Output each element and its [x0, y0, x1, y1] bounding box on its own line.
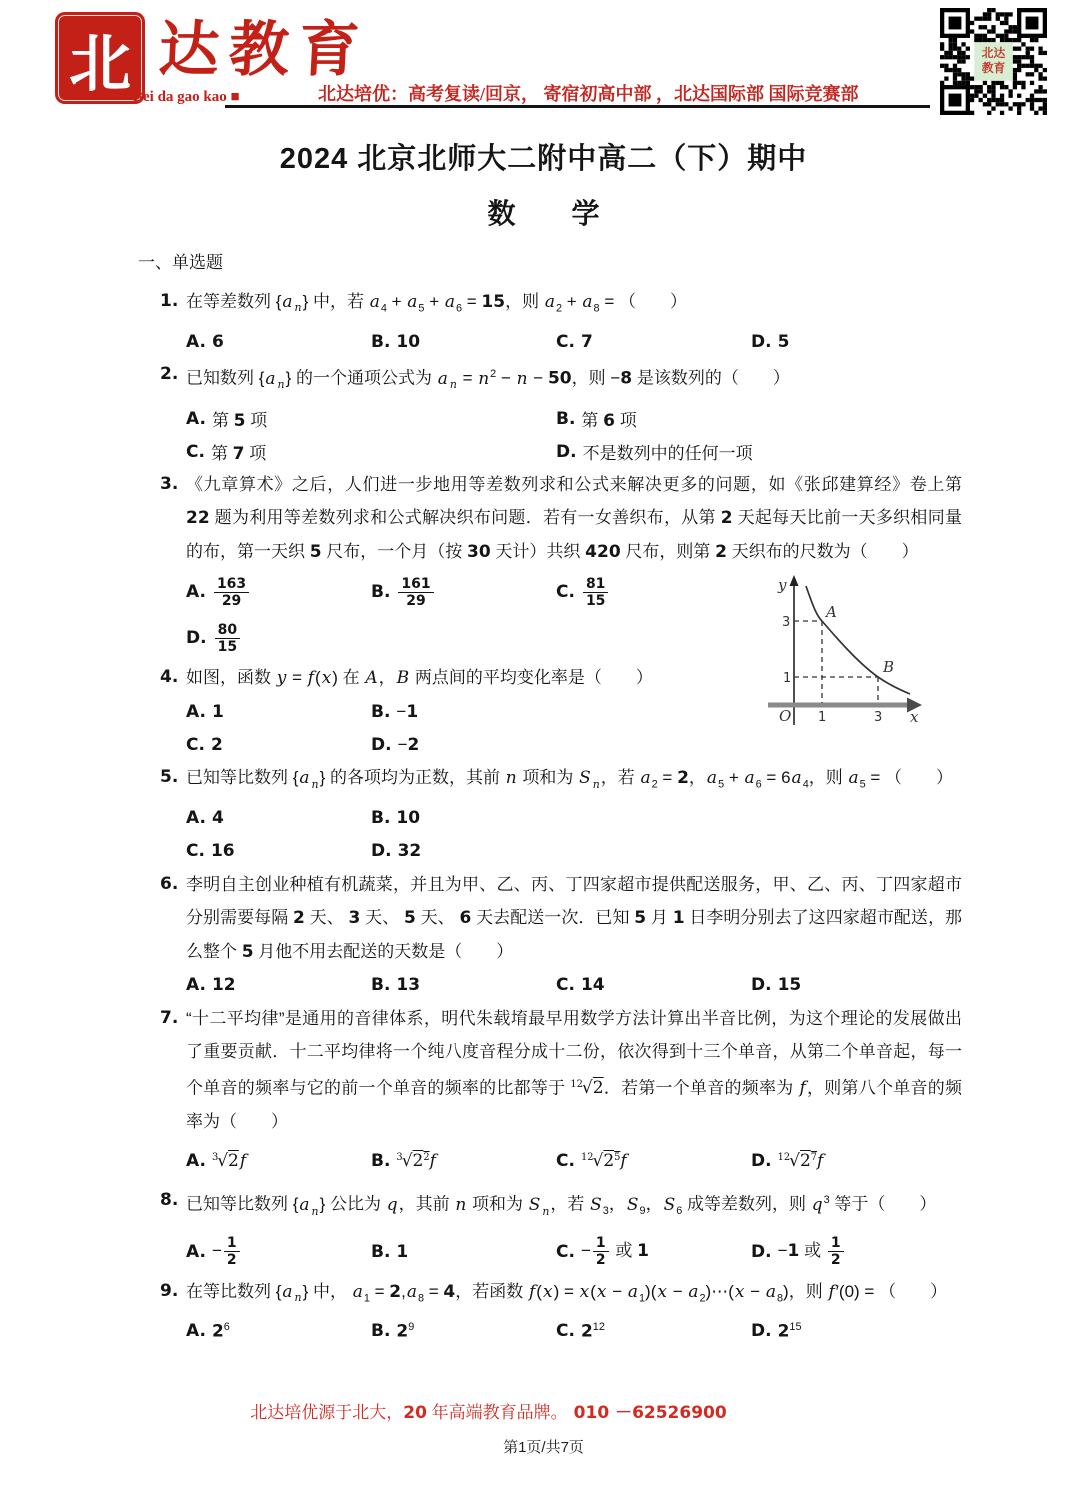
question-6-number: 6.: [160, 868, 186, 1002]
question-7-option-a: A.3√2f: [186, 1138, 371, 1184]
question-7-options: A.3√2f B.3√22f C.12√25f D.12√27f: [186, 1138, 962, 1184]
option-label: A.: [186, 1151, 206, 1171]
question-7-option-c: C.12√25f: [556, 1138, 751, 1184]
option-label: D.: [751, 975, 772, 995]
header-tagline: 北达培优：高考复读/回京， 寄宿初高中部 ，北达国际部 国际竞赛部: [318, 80, 859, 106]
option-value: 12√25f: [581, 1151, 628, 1171]
option-value: −12: [212, 1235, 242, 1268]
option-value: 15: [778, 975, 802, 995]
y-tick-3: 3: [782, 615, 790, 630]
question-8-option-c: C.−12 或 1: [556, 1229, 751, 1275]
qr-code: 北达 教育: [940, 8, 1047, 115]
logo-seal: 北: [55, 12, 145, 104]
question-8: 8. 已知等比数列 {an} 公比为 q，其前 n 项和为 Sn，若 S3，S9…: [160, 1184, 962, 1274]
question-1-option-a: A.6: [186, 325, 371, 358]
question-3-option-b: B.16129: [371, 569, 556, 615]
header-divider: [225, 105, 930, 108]
option-label: B.: [371, 1321, 390, 1341]
question-8-option-b: B.1: [371, 1229, 556, 1275]
footer-slogan-text: 北达培优源于北大，: [250, 1403, 403, 1422]
option-value: 5: [778, 332, 790, 352]
option-value: 10: [396, 808, 420, 828]
section-heading: 一、单选题: [138, 252, 962, 273]
question-8-number: 8.: [160, 1184, 186, 1274]
option-value: 1: [396, 1242, 408, 1262]
exam-title: 2024 北京北师大二附中高二（下）期中: [0, 136, 1087, 177]
question-5-option-b: B.10: [371, 802, 962, 835]
option-value: 212: [581, 1321, 605, 1342]
option-value: 4: [212, 808, 224, 828]
question-9-options: A.26 B.29 C.212 D.215: [186, 1315, 962, 1348]
option-value: 1: [212, 702, 224, 722]
option-label: B.: [371, 702, 390, 722]
qr-finder-bottom-left: [940, 85, 970, 115]
option-value: 3√22f: [396, 1151, 437, 1171]
question-6-stem: 李明自主创业种植有机蔬菜，并且为甲、乙、丙、丁四家超市提供配送服务，甲、乙、丙、…: [186, 868, 962, 969]
option-value: 第 5 项: [212, 406, 267, 431]
option-label: B.: [371, 808, 390, 828]
question-9-option-d: D.215: [751, 1315, 962, 1348]
option-label: B.: [371, 1242, 390, 1262]
question-5-option-a: A.4: [186, 802, 371, 835]
qr-finder-top-left: [940, 8, 970, 38]
question-6-options: A.12 B.13 C.14 D.15: [186, 969, 962, 1002]
option-label: B.: [556, 409, 575, 429]
option-value: 8115: [581, 576, 610, 609]
option-label: A.: [186, 1321, 206, 1341]
option-value: −1 或 12: [778, 1235, 846, 1268]
question-6-option-c: C.14: [556, 969, 751, 1002]
option-value: 16329: [212, 576, 251, 609]
question-8-option-d: D.−1 或 12: [751, 1229, 962, 1275]
point-a-label: A: [824, 603, 837, 621]
option-value: 12: [212, 975, 236, 995]
option-label: D.: [751, 332, 772, 352]
question-5-number: 5.: [160, 761, 186, 867]
option-value: 14: [581, 975, 605, 995]
option-label: A.: [186, 332, 206, 352]
qr-center-label-line1: 北达: [982, 46, 1006, 60]
question-4-option-c: C.2: [186, 728, 371, 761]
question-9-option-b: B.29: [371, 1315, 556, 1348]
option-value: 2: [211, 735, 223, 755]
question-6-option-a: A.12: [186, 969, 371, 1002]
option-value: 第 7 项: [211, 439, 266, 464]
exam-page: 北 达教育 Bei da gao kao ■ 北达培优：高考复读/回京， 寄宿初…: [0, 0, 1087, 1512]
question-8-stem: 已知等比数列 {an} 公比为 q，其前 n 项和为 Sn，若 S3，S9，S6…: [186, 1184, 962, 1228]
option-label: B.: [371, 582, 390, 602]
y-axis-label: y: [777, 576, 787, 594]
option-value: 29: [396, 1321, 414, 1342]
option-label: C.: [186, 841, 205, 861]
logo-subtext: Bei da gao kao ■: [133, 89, 240, 106]
question-9-stem: 在等比数列 {an} 中， a1 = 2,a8 = 4，若函数 f(x) = x…: [186, 1275, 962, 1315]
option-value: 10: [396, 332, 420, 352]
question-5: 5. 已知等比数列 {an} 的各项均为正数，其前 n 项和为 Sn，若 a2 …: [160, 761, 962, 867]
option-label: C.: [556, 332, 575, 352]
footer-years: 20: [403, 1403, 427, 1423]
question-5-options: A.4 B.10 C.16 D.32: [186, 802, 962, 868]
option-label: A.: [186, 1242, 206, 1262]
y-axis-arrow: [790, 575, 799, 586]
logo-name: 达教育: [157, 12, 371, 88]
page-number: 第1页/共7页: [0, 1436, 1087, 1457]
question-2-options: A.第 5 项 B.第 6 项 C.第 7 项 D.不是数列中的任何一项: [186, 402, 962, 468]
question-9-number: 9.: [160, 1275, 186, 1348]
option-label: C.: [186, 735, 205, 755]
question-7-option-d: D.12√27f: [751, 1138, 962, 1184]
exam-body: 一、单选题 1. 在等差数列 {an} 中，若 a4 + a5 + a6 = 1…: [138, 252, 962, 1348]
option-label: A.: [186, 975, 206, 995]
question-6-option-d: D.15: [751, 969, 962, 1002]
option-label: C.: [556, 582, 575, 602]
option-label: C.: [556, 1242, 575, 1262]
point-b-label: B: [882, 658, 894, 676]
x-axis-label: x: [910, 708, 919, 726]
option-value: 13: [396, 975, 420, 995]
option-label: C.: [556, 1321, 575, 1341]
option-label: A.: [186, 702, 206, 722]
option-value: 16129: [396, 576, 435, 609]
question-3-option-d: D.8015: [186, 615, 371, 661]
question-2-stem: 已知数列 {an} 的一个通项公式为 an = n2 − n − 50，则 −8…: [186, 358, 962, 402]
option-value: 32: [398, 841, 422, 861]
question-2: 2. 已知数列 {an} 的一个通项公式为 an = n2 − n − 50，则…: [160, 358, 962, 468]
question-8-option-a: A.−12: [186, 1229, 371, 1275]
question-2-number: 2.: [160, 358, 186, 468]
option-label: C.: [556, 1151, 575, 1171]
question-9: 9. 在等比数列 {an} 中， a1 = 2,a8 = 4，若函数 f(x) …: [160, 1275, 962, 1348]
option-value: −12 或 1: [581, 1235, 649, 1268]
option-label: C.: [186, 442, 205, 462]
option-label: D.: [751, 1242, 772, 1262]
option-label: D.: [186, 628, 207, 648]
question-1-option-d: D.5: [751, 325, 962, 358]
question-4-number: 4.: [160, 661, 186, 761]
exam-subject: 数 学: [0, 192, 1087, 232]
option-value: 8015: [213, 622, 242, 655]
question-7-option-b: B.3√22f: [371, 1138, 556, 1184]
option-value: 第 6 项: [581, 406, 636, 431]
x-tick-3: 3: [874, 710, 882, 725]
logo-seal-character: 北: [69, 14, 131, 103]
option-label: B.: [371, 332, 390, 352]
option-value: 215: [778, 1321, 802, 1342]
question-7-stem: “十二平均律”是通用的音律体系，明代朱载堉最早用数学方法计算出半音比例，为这个理…: [186, 1002, 962, 1139]
question-6-option-b: B.13: [371, 969, 556, 1002]
question-5-option-d: D.32: [371, 835, 962, 868]
question-6: 6. 李明自主创业种植有机蔬菜，并且为甲、乙、丙、丁四家超市提供配送服务，甲、乙…: [160, 868, 962, 1002]
question-4: 4. 如图，函数 y = f(x) 在 A，B 两点间的平均变化率是（ ） A.…: [160, 661, 962, 761]
y-tick-1: 1: [783, 671, 791, 686]
footer-slogan-text2: 年高端教育品牌。: [427, 1403, 568, 1422]
question-1-option-b: B.10: [371, 325, 556, 358]
footer-slogan: 北达培优源于北大，20 年高端教育品牌。010 －62526900: [0, 1398, 1032, 1423]
option-label: D.: [371, 841, 392, 861]
question-1-options: A.6 B.10 C.7 D.5: [186, 325, 962, 358]
question-5-option-c: C.16: [186, 835, 371, 868]
question-3-stem: 《九章算术》之后，人们进一步地用等差数列求和公式来解决更多的问题，如《张邱建算经…: [186, 468, 962, 569]
option-label: D.: [751, 1151, 772, 1171]
option-value: 26: [212, 1321, 230, 1342]
option-label: A.: [186, 808, 206, 828]
question-4-option-a: A.1: [186, 695, 371, 728]
option-label: C.: [556, 975, 575, 995]
question-1-stem: 在等差数列 {an} 中，若 a4 + a5 + a6 = 15，则 a2 + …: [186, 285, 962, 325]
question-2-option-c: C.第 7 项: [186, 435, 556, 468]
question-3-option-a: A.16329: [186, 569, 371, 615]
option-value: 7: [581, 332, 593, 352]
question-9-option-a: A.26: [186, 1315, 371, 1348]
option-value: 3√2f: [212, 1151, 247, 1171]
option-label: D.: [556, 442, 577, 462]
question-1: 1. 在等差数列 {an} 中，若 a4 + a5 + a6 = 15，则 a2…: [160, 285, 962, 358]
question-2-option-a: A.第 5 项: [186, 402, 556, 435]
question-7-number: 7.: [160, 1002, 186, 1185]
option-value: 6: [212, 332, 224, 352]
question-7: 7. “十二平均律”是通用的音律体系，明代朱载堉最早用数学方法计算出半音比例，为…: [160, 1002, 962, 1185]
question-5-stem: 已知等比数列 {an} 的各项均为正数，其前 n 项和为 Sn，若 a2 = 2…: [186, 761, 962, 801]
option-label: A.: [186, 409, 206, 429]
option-label: D.: [371, 735, 392, 755]
qr-finder-top-right: [1017, 8, 1047, 38]
option-value: −2: [398, 735, 420, 755]
option-value: 12√27f: [778, 1151, 825, 1171]
question-2-option-b: B.第 6 项: [556, 402, 962, 435]
question-3-number: 3.: [160, 468, 186, 661]
option-value: 不是数列中的任何一项: [583, 439, 753, 464]
dashed-guides: [794, 621, 878, 703]
question-1-number: 1.: [160, 285, 186, 358]
option-label: D.: [751, 1321, 772, 1341]
option-label: B.: [371, 975, 390, 995]
origin-label: O: [779, 707, 791, 725]
question-8-options: A.−12 B.1 C.−12 或 1 D.−1 或 12: [186, 1229, 962, 1275]
qr-center-label-line2: 教育: [981, 61, 1006, 75]
option-value: 16: [211, 841, 235, 861]
option-label: A.: [186, 582, 206, 602]
option-value: −1: [396, 702, 418, 722]
footer-phone: 010 －62526900: [574, 1403, 727, 1423]
question-2-option-d: D.不是数列中的任何一项: [556, 435, 962, 468]
option-label: B.: [371, 1151, 390, 1171]
question-9-option-c: C.212: [556, 1315, 751, 1348]
question-1-option-c: C.7: [556, 325, 751, 358]
x-tick-1: 1: [818, 710, 826, 725]
function-graph: y x O A B 3 1 1 3: [762, 573, 930, 735]
